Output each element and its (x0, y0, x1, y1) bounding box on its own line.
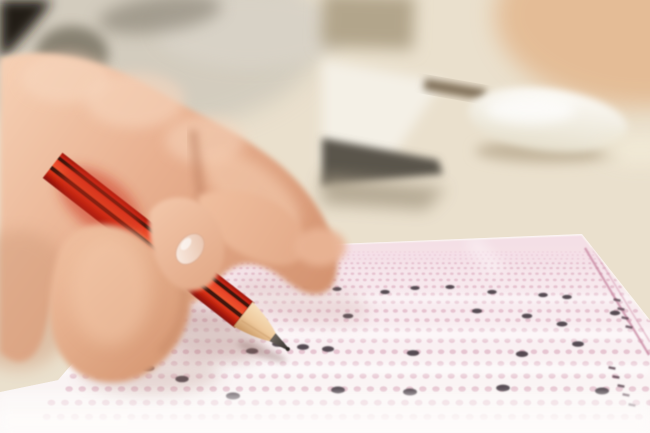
bubble (457, 273, 461, 275)
bubble (237, 273, 241, 275)
bubble (521, 258, 524, 260)
bubble (501, 251, 503, 252)
bubble (378, 267, 381, 269)
thumb-highlight (70, 235, 150, 345)
bubble (381, 262, 384, 264)
bubble (445, 251, 447, 252)
bubble (386, 279, 390, 282)
bubble (353, 251, 355, 252)
bubble (500, 279, 504, 282)
bubble (414, 258, 417, 260)
bubble (504, 258, 507, 260)
bubble (393, 273, 397, 275)
bubble (586, 318, 592, 322)
bubble (472, 262, 475, 264)
bubble (381, 258, 384, 260)
sheet-near-edge-fade (0, 411, 650, 433)
bubble (345, 349, 351, 354)
bubble (570, 285, 574, 288)
photo-exam-answer-sheet (0, 0, 650, 433)
bubble (598, 279, 602, 282)
bubble (431, 309, 436, 313)
bubble (578, 285, 582, 288)
bubble (516, 267, 519, 269)
bubble (359, 285, 363, 288)
filled-bubble (407, 350, 419, 356)
bubble (576, 267, 579, 269)
bubble (364, 318, 370, 322)
bubble (236, 386, 243, 392)
bubble (489, 285, 493, 288)
bubble (429, 273, 433, 275)
bubble (445, 386, 452, 392)
bubble (530, 279, 534, 282)
bubble (251, 273, 255, 275)
bubble (424, 267, 427, 269)
bubble (533, 251, 535, 252)
bubble (556, 254, 558, 255)
bubble (454, 262, 457, 264)
bubble (574, 251, 576, 252)
bubble (338, 262, 341, 264)
bubble (602, 285, 606, 288)
filled-bubble (487, 290, 497, 294)
bubble (419, 386, 426, 392)
bubble (530, 267, 533, 269)
bubble (355, 279, 359, 282)
bubble (427, 251, 429, 252)
bubble (340, 279, 344, 282)
bubble (368, 349, 374, 354)
bubble (500, 273, 504, 275)
bubble (535, 273, 539, 275)
bubble (583, 279, 587, 282)
bubble (444, 318, 450, 322)
bubble (497, 285, 501, 288)
bubble (604, 309, 609, 313)
bubble (546, 262, 549, 264)
bubble (554, 258, 557, 260)
bubble (510, 254, 512, 255)
bubble (415, 273, 419, 275)
bubble (542, 273, 546, 275)
bubble (344, 273, 348, 275)
bubble (393, 254, 395, 255)
bubble (460, 262, 463, 264)
bubble (557, 273, 561, 275)
bubble (496, 349, 502, 354)
bubble (450, 309, 455, 313)
bubble (549, 258, 552, 260)
bubble (507, 349, 513, 354)
bubble (362, 254, 364, 255)
bubble (301, 386, 308, 392)
bubble (518, 309, 523, 313)
bubble (579, 251, 581, 252)
bubble (521, 262, 524, 264)
bubble (358, 258, 361, 260)
filled-bubble (557, 321, 568, 326)
bubble (542, 251, 544, 252)
bubble (549, 267, 552, 269)
bubble (371, 267, 374, 269)
bubble (489, 309, 494, 313)
bubble (471, 386, 478, 392)
bubble (378, 254, 380, 255)
bubble (422, 309, 427, 313)
bubble (426, 349, 432, 354)
bubble (448, 262, 451, 264)
filled-bubble (380, 290, 390, 294)
bubble (384, 318, 390, 322)
bubble (363, 251, 365, 252)
bubble (461, 349, 467, 354)
bubble (528, 251, 530, 252)
bubble (531, 349, 537, 354)
bubble (440, 285, 444, 288)
bubble (226, 279, 230, 282)
bubble (566, 318, 572, 322)
bubble (526, 258, 529, 260)
bubble (439, 254, 441, 255)
bubble (576, 318, 582, 322)
bubble (432, 386, 439, 392)
bubble (393, 309, 398, 313)
bubble (393, 279, 397, 282)
bubble (375, 285, 379, 288)
bubble (450, 273, 454, 275)
bubble (505, 285, 509, 288)
bubble (358, 267, 361, 269)
bubble (448, 258, 451, 260)
bubble (642, 386, 649, 392)
bubble (514, 251, 516, 252)
bubble (404, 267, 407, 269)
bubble (513, 285, 517, 288)
filled-bubble (610, 311, 620, 316)
bubble (527, 262, 530, 264)
bubble (310, 349, 316, 354)
bubble (485, 318, 491, 322)
bubble (434, 318, 440, 322)
bubble (592, 254, 594, 255)
bubble (589, 349, 595, 354)
bubble (563, 386, 570, 392)
bubble (537, 386, 544, 392)
bubble (511, 386, 518, 392)
bubble (532, 258, 535, 260)
filled-bubble (331, 387, 345, 394)
bubble (510, 251, 512, 252)
bubble (432, 251, 434, 252)
bubble (576, 279, 580, 282)
bubble (539, 262, 542, 264)
bubble (244, 273, 248, 275)
bubble (420, 258, 423, 260)
bubble (591, 279, 595, 282)
bubble (408, 254, 410, 255)
bubble (374, 309, 379, 313)
bubble (441, 251, 443, 252)
bubble (458, 386, 465, 392)
bubble (258, 273, 262, 275)
filled-bubble (516, 351, 528, 357)
bubble (521, 254, 523, 255)
mouse-highlight (485, 96, 575, 124)
bubble (594, 285, 598, 288)
bubble (582, 258, 585, 260)
bubble (472, 285, 476, 288)
bubble (442, 262, 445, 264)
bubble (380, 349, 386, 354)
bubble (395, 251, 397, 252)
bubble (515, 262, 518, 264)
bubble (424, 285, 428, 288)
bubble (556, 267, 559, 269)
bubble (455, 251, 457, 252)
bubble (564, 273, 568, 275)
bubble (496, 251, 498, 252)
bubble (411, 262, 414, 264)
bubble (404, 318, 410, 322)
bubble (358, 251, 360, 252)
bubble (464, 267, 467, 269)
bubble (541, 254, 543, 255)
bubble (436, 273, 440, 275)
bubble (542, 349, 548, 354)
bubble (356, 262, 359, 264)
bubble (383, 254, 385, 255)
bubble (485, 386, 492, 392)
bubble (571, 273, 575, 275)
bubble (407, 273, 411, 275)
bubble (480, 285, 484, 288)
bubble (556, 251, 558, 252)
bubble (547, 251, 549, 252)
bubble (209, 386, 216, 392)
bubble (528, 273, 532, 275)
bubble (443, 273, 447, 275)
bubble (424, 254, 426, 255)
bubble (585, 309, 590, 313)
bubble (411, 267, 414, 269)
bubble (465, 258, 468, 260)
bubble (575, 309, 580, 313)
bubble (556, 318, 562, 322)
bubble (434, 254, 436, 255)
bubble (521, 273, 525, 275)
bubble (523, 267, 526, 269)
bubble (576, 262, 579, 264)
bubble (343, 285, 347, 288)
bubble (558, 262, 561, 264)
bubble (370, 258, 373, 260)
bubble (354, 386, 361, 392)
bubble (583, 251, 585, 252)
bubble (375, 262, 378, 264)
bubble (552, 262, 555, 264)
bubble (466, 262, 469, 264)
bubble (571, 258, 574, 260)
bubble (460, 309, 465, 313)
bubble (543, 258, 546, 260)
bubble (594, 309, 599, 313)
bubble (515, 318, 521, 322)
bubble (545, 279, 549, 282)
bubble (510, 258, 513, 260)
filled-bubble (445, 285, 454, 289)
bubble (545, 318, 551, 322)
bubble (570, 262, 573, 264)
bubble (556, 309, 561, 313)
bubble (566, 254, 568, 255)
bubble (444, 267, 447, 269)
photo-canvas (0, 0, 650, 433)
bubble (414, 318, 420, 322)
bubble (503, 267, 506, 269)
bubble (577, 258, 580, 260)
bubble (527, 309, 532, 313)
bubble (550, 386, 557, 392)
bubble (349, 251, 351, 252)
bubble (455, 318, 461, 322)
bubble (469, 279, 473, 282)
bubble (352, 254, 354, 255)
bubble (576, 386, 583, 392)
bubble (384, 267, 387, 269)
bubble (65, 386, 72, 392)
bubble (422, 273, 426, 275)
bubble (503, 262, 506, 264)
bubble (464, 254, 466, 255)
filled-bubble (522, 314, 533, 319)
bubble (386, 273, 390, 275)
bubble (553, 285, 557, 288)
bubble (582, 262, 585, 264)
bubble (578, 273, 582, 275)
bubble (594, 258, 597, 260)
bubble (373, 254, 375, 255)
bubble (365, 267, 368, 269)
bubble (468, 251, 470, 252)
bubble (536, 267, 539, 269)
bubble (526, 254, 528, 255)
bubble (456, 285, 460, 288)
bubble (538, 279, 542, 282)
bubble (561, 285, 565, 288)
bubble (471, 273, 475, 275)
bubble (524, 386, 531, 392)
bubble (424, 279, 428, 282)
bubble (413, 251, 415, 252)
bubble (450, 267, 453, 269)
bubble (399, 251, 401, 252)
bubble (543, 267, 546, 269)
bubble (464, 251, 466, 252)
bubble (353, 258, 356, 260)
bubble (357, 349, 363, 354)
bubble (507, 279, 511, 282)
bubble (369, 262, 372, 264)
bubble (510, 267, 513, 269)
bubble (370, 279, 374, 282)
bubble (459, 258, 462, 260)
bubble (600, 349, 606, 354)
bubble (376, 251, 378, 252)
bubble (363, 279, 367, 282)
bubble (347, 258, 350, 260)
bubble (438, 349, 444, 354)
bubble (409, 251, 411, 252)
bubble (616, 318, 622, 322)
bubble (459, 254, 461, 255)
bubble (252, 267, 255, 269)
bubble (398, 254, 400, 255)
bubble (344, 262, 347, 264)
bubble (464, 285, 468, 288)
bubble (577, 254, 579, 255)
bubble (457, 267, 460, 269)
bubble (379, 273, 383, 275)
bubble (367, 251, 369, 252)
bubble (249, 386, 256, 392)
bubble (565, 251, 567, 252)
bubble (426, 258, 429, 260)
bubble (536, 254, 538, 255)
bubble (431, 267, 434, 269)
bubble (449, 349, 455, 354)
filled-bubble (472, 309, 482, 314)
bubble (390, 251, 392, 252)
bubble (633, 309, 638, 313)
bubble (551, 254, 553, 255)
bubble (387, 262, 390, 264)
bubble (403, 254, 405, 255)
bubble (375, 258, 378, 260)
bubble (586, 285, 590, 288)
bubble (524, 251, 526, 252)
bubble (437, 258, 440, 260)
bubble (484, 349, 490, 354)
bubble (519, 251, 521, 252)
bubble (538, 258, 541, 260)
bubble (404, 251, 406, 252)
bubble (413, 254, 415, 255)
bubble (239, 267, 242, 269)
bubble (441, 309, 446, 313)
bubble (521, 285, 525, 288)
bubble (553, 279, 557, 282)
bubble (431, 258, 434, 260)
bubble (588, 262, 591, 264)
bubble (498, 258, 501, 260)
bubble (399, 262, 402, 264)
bubble (391, 285, 395, 288)
bubble (299, 349, 305, 354)
bubble (230, 273, 234, 275)
bubble (367, 285, 371, 288)
bubble (386, 258, 389, 260)
bubble (635, 349, 641, 354)
bubble (262, 386, 269, 392)
bubble (417, 262, 420, 264)
bubble (537, 285, 541, 288)
bubble (402, 309, 407, 313)
bubble (347, 254, 349, 255)
bubble (546, 309, 551, 313)
bubble (606, 318, 612, 322)
bubble (582, 267, 585, 269)
